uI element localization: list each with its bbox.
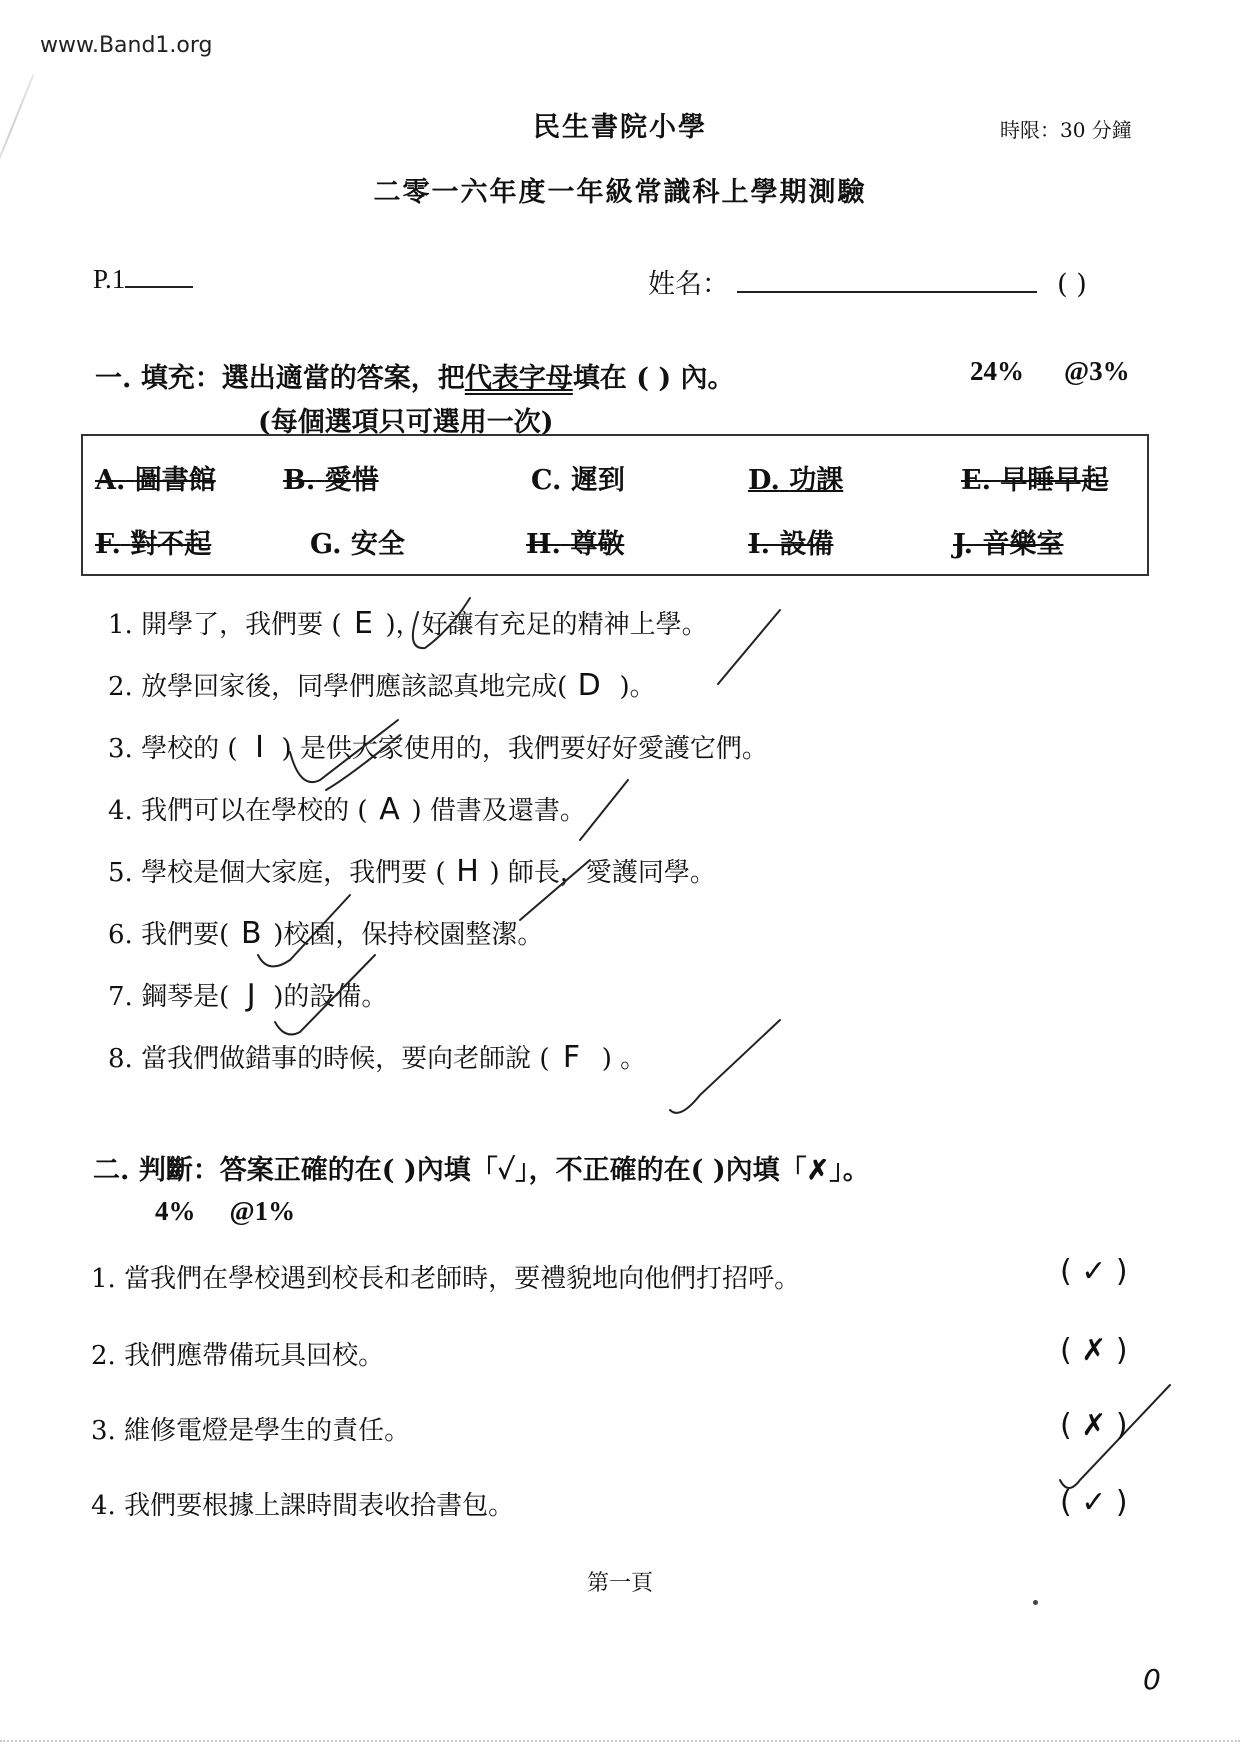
fill-question-7: 7. 鋼琴是(J)的設備。 (108, 976, 387, 1013)
section1-marks: 24%@3% (970, 356, 1130, 387)
option-h: H. 尊敬 (526, 522, 624, 561)
answer-4[interactable]: A (368, 792, 412, 827)
option-i: I. 設備 (748, 522, 833, 561)
section2-marks: 4%@1% (155, 1196, 295, 1227)
section1-title-prefix: 填充：選出適當的答案，把 (141, 363, 465, 394)
class-label: P.1 (93, 264, 125, 294)
answer-6[interactable]: B (229, 916, 273, 951)
tf-question-3: 3. 維修電燈是學生的責任。 (91, 1410, 410, 1447)
option-d: D. 功課 (748, 458, 843, 497)
time-limit: 時限：30 分鐘 (1000, 114, 1132, 143)
name-field: 姓名：( ) (648, 262, 1107, 301)
tf-answer-1[interactable]: ( ✓ ) (1060, 1254, 1128, 1289)
tf-answer-4-mark: ✓ (1081, 1485, 1106, 1520)
ink-dot (1033, 1600, 1038, 1605)
section2-marks-each: @1% (230, 1196, 296, 1226)
score-mark: 0 (1143, 1663, 1161, 1696)
class-field: P.1 (93, 262, 193, 295)
watermark: www.Band1.org (40, 33, 213, 58)
section2-marks-total: 4% (155, 1196, 196, 1226)
section2-number: 二. (93, 1155, 129, 1186)
tf-answer-1-mark: ✓ (1081, 1254, 1106, 1289)
tf-answer-2-mark: ✗ (1081, 1333, 1106, 1368)
class-blank[interactable] (125, 262, 193, 288)
page-number: 第一頁 (0, 1566, 1240, 1597)
options-box: A. 圖書館 B. 愛惜 C. 遲到 D. 功課 E. 早睡早起 F. 對不起 … (81, 434, 1149, 576)
section1-marks-each: @3% (1064, 356, 1130, 386)
section1-marks-total: 24% (970, 356, 1024, 386)
answer-5[interactable]: H (446, 854, 490, 889)
fill-question-3: 3. 學校的 (I) 是供大家使用的，我們要好好愛護它們。 (108, 728, 768, 765)
option-f: F. 對不起 (95, 522, 211, 561)
option-a: A. 圖書館 (95, 458, 216, 497)
exam-title: 二零一六年度一年級常識科上學期測驗 (0, 170, 1240, 209)
answer-8[interactable]: F (550, 1040, 594, 1075)
fill-question-2: 2. 放學回家後，同學們應該認真地完成(D )。 (108, 666, 656, 703)
section2-heading: 二. 判斷：答案正確的在( )內填「✓」，不正確的在( )內填「✗」。 (93, 1148, 870, 1187)
answer-1[interactable]: E (342, 606, 386, 641)
fill-question-6: 6. 我們要(B)校園，保持校園整潔。 (108, 914, 543, 951)
class-number-blank[interactable]: ( ) (1037, 269, 1107, 300)
option-j: J. 音樂室 (953, 522, 1064, 561)
option-c: C. 遲到 (531, 458, 625, 497)
tf-answer-4[interactable]: ( ✓ ) (1060, 1485, 1128, 1520)
tf-answer-3-mark: ✗ (1081, 1408, 1106, 1443)
scan-edge (0, 1740, 1240, 1744)
option-g: G. 安全 (310, 522, 405, 561)
name-blank[interactable] (737, 269, 1037, 293)
fill-question-1: 1. 開學了，我們要 (E)，好讓有充足的精神上學。 (108, 604, 708, 641)
section1-title-underlined: 代表字母 (465, 363, 573, 394)
tf-question-1: 1. 當我們在學校遇到校長和老師時，要禮貌地向他們打招呼。 (91, 1258, 800, 1295)
answer-2[interactable]: D (567, 668, 611, 703)
option-b: B. 愛惜 (283, 458, 379, 497)
tf-question-2: 2. 我們應帶備玩具回校。 (91, 1335, 384, 1372)
fill-question-4: 4. 我們可以在學校的 (A) 借書及還書。 (108, 790, 586, 827)
fill-question-5: 5. 學校是個大家庭，我們要 (H) 師長，愛護同學。 (108, 852, 716, 889)
option-e: E. 早睡早起 (961, 458, 1108, 497)
section2-title: 判斷：答案正確的在( )內填「✓」，不正確的在( )內填「✗」。 (139, 1155, 870, 1186)
section1-number: 一. (95, 363, 131, 394)
answer-3[interactable]: I (238, 730, 282, 765)
tf-question-4: 4. 我們要根據上課時間表收拾書包。 (91, 1485, 514, 1522)
fill-question-8: 8. 當我們做錯事的時候，要向老師說 (F ) 。 (108, 1038, 646, 1075)
name-label: 姓名： (648, 269, 729, 300)
answer-7[interactable]: J (229, 978, 273, 1013)
section1-heading: 一. 填充：選出適當的答案，把代表字母填在 ( ) 內。 (95, 356, 735, 395)
section1-title-suffix: 填在 ( ) 內。 (573, 363, 735, 394)
tf-answer-2[interactable]: ( ✗ ) (1060, 1333, 1128, 1368)
tf-answer-3[interactable]: ( ✗ ) (1060, 1408, 1128, 1443)
